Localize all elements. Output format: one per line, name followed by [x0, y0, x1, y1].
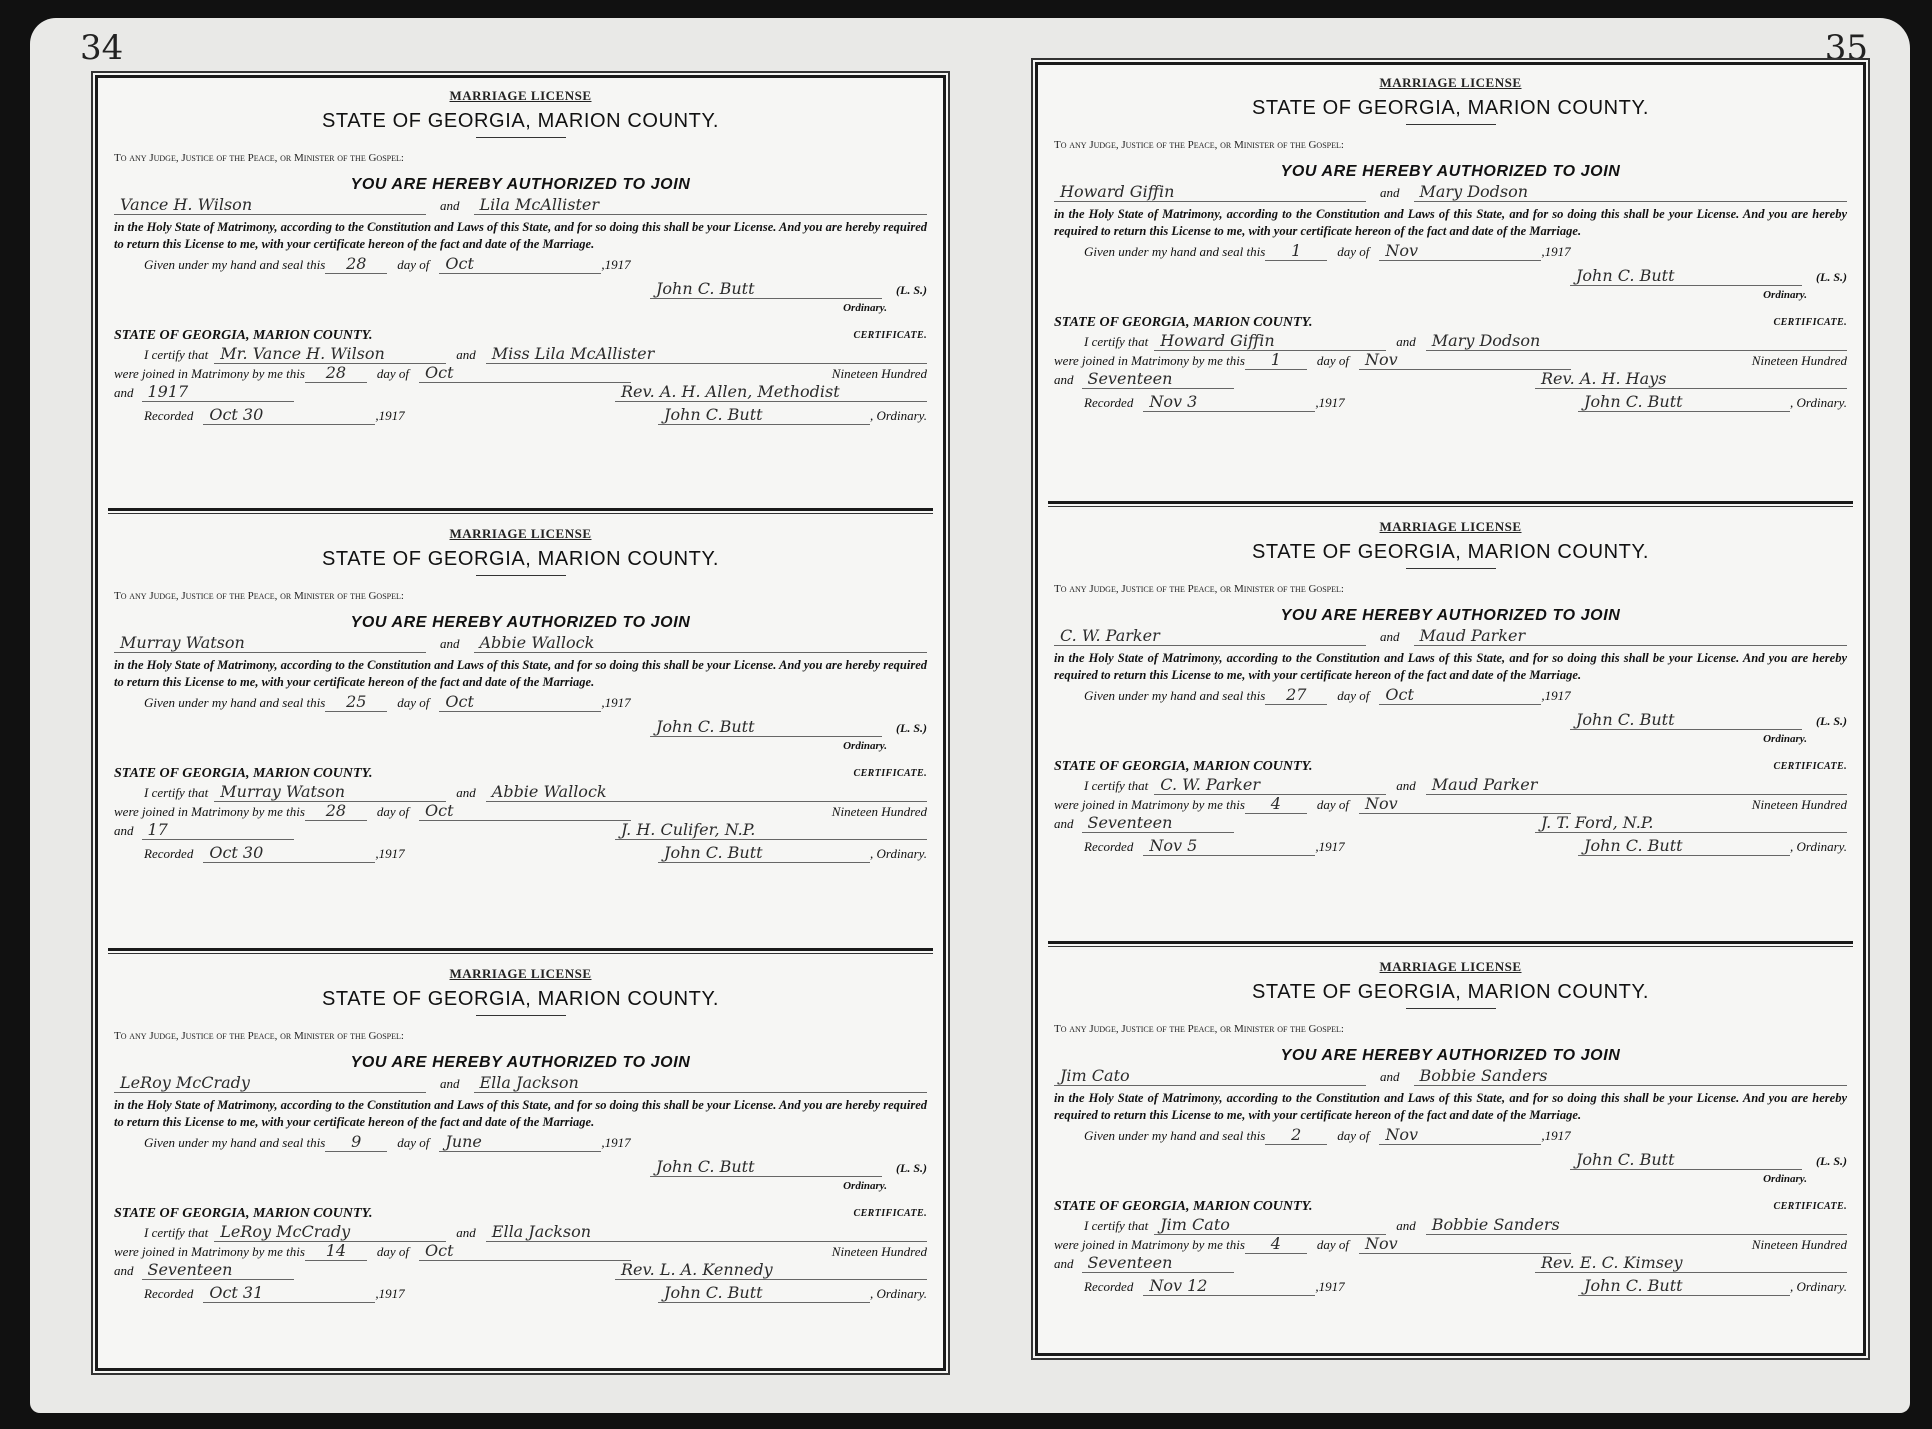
nineteen-hundred-label: Nineteen Hundred	[1752, 1236, 1847, 1254]
and-label: and	[456, 784, 476, 802]
certificate-state-heading: STATE OF GEORGIA, MARION COUNTY.	[114, 327, 373, 345]
day-of-label: day of	[377, 803, 409, 821]
divider	[1048, 941, 1853, 947]
certificate-day: 28	[305, 802, 367, 821]
joined-label: were joined in Matrimony by me this	[1054, 796, 1245, 814]
license-year: ,1917	[1541, 1127, 1570, 1145]
and-year-label: and	[1054, 371, 1074, 389]
seal-label: (L. S.)	[896, 719, 927, 737]
license-entry-4: MARRIAGE LICENSE STATE OF GEORGIA, MARIO…	[1038, 65, 1863, 500]
address-line: To any Judge, Justice of the Peace, or M…	[1054, 139, 1847, 151]
license-year: ,1917	[1541, 687, 1570, 705]
license-title: MARRIAGE LICENSE	[114, 526, 927, 542]
seal-label: (L. S.)	[1816, 712, 1847, 730]
given-label: Given under my hand and seal this	[1084, 1127, 1265, 1145]
seal-label: (L. S.)	[1816, 1152, 1847, 1170]
certificate-year: 17	[142, 821, 294, 840]
license-body-text: in the Holy State of Matrimony, accordin…	[1054, 1090, 1847, 1124]
recorded-year: ,1917	[1315, 838, 1344, 856]
ordinary-label: Ordinary.	[1763, 286, 1807, 304]
ordinary-label: Ordinary.	[843, 1177, 887, 1195]
ordinary-label: , Ordinary.	[870, 1285, 927, 1303]
address-line: To any Judge, Justice of the Peace, or M…	[114, 1030, 927, 1042]
certificate-day: 1	[1245, 351, 1307, 370]
recorded-date: Oct 30	[203, 844, 375, 863]
ordinary-signature: John C. Butt	[650, 280, 882, 299]
recorded-label: Recorded	[1084, 394, 1133, 412]
license-day: 25	[325, 693, 387, 712]
license-entry-5: MARRIAGE LICENSE STATE OF GEORGIA, MARIO…	[1038, 509, 1863, 941]
ordinary-label: Ordinary.	[843, 299, 887, 317]
certificate-bride: Maud Parker	[1426, 776, 1847, 795]
certificate-label: CERTIFICATE.	[854, 327, 927, 345]
certificate-day: 14	[305, 1242, 367, 1261]
recorded-year: ,1917	[375, 1285, 404, 1303]
ornament-rule	[476, 575, 566, 576]
groom-name: LeRoy McCrady	[114, 1074, 426, 1093]
certificate-bride: Abbie Wallock	[486, 783, 927, 802]
certificate-day: 28	[305, 364, 367, 383]
certificate-bride: Miss Lila McAllister	[486, 345, 927, 364]
day-of-label: day of	[1337, 243, 1369, 261]
nineteen-hundred-label: Nineteen Hundred	[832, 365, 927, 383]
day-of-label: day of	[397, 694, 429, 712]
certificate-day: 4	[1245, 795, 1307, 814]
and-label: and	[456, 1224, 476, 1242]
given-label: Given under my hand and seal this	[144, 1134, 325, 1152]
recorded-label: Recorded	[1084, 1278, 1133, 1296]
recorded-date: Nov 5	[1143, 837, 1315, 856]
certificate-state-heading: STATE OF GEORGIA, MARION COUNTY.	[1054, 314, 1313, 332]
officiant-signature: J. T. Ford, N.P.	[1535, 814, 1847, 833]
groom-name: Howard Giffin	[1054, 183, 1366, 202]
certificate-bride: Mary Dodson	[1426, 332, 1847, 351]
joined-label: were joined in Matrimony by me this	[1054, 1236, 1245, 1254]
and-label: and	[440, 1075, 460, 1093]
authorized-heading: YOU ARE HEREBY AUTHORIZED TO JOIN	[114, 1054, 927, 1072]
and-label: and	[456, 346, 476, 364]
ordinary-label: , Ordinary.	[1790, 1278, 1847, 1296]
ordinary-signature: John C. Butt	[650, 718, 882, 737]
ordinary-signature: John C. Butt	[650, 1158, 882, 1177]
authorized-heading: YOU ARE HEREBY AUTHORIZED TO JOIN	[1054, 607, 1847, 625]
recorded-year: ,1917	[1315, 394, 1344, 412]
recorded-label: Recorded	[144, 1285, 193, 1303]
license-year: ,1917	[601, 1134, 630, 1152]
bride-name: Maud Parker	[1414, 627, 1848, 646]
officiant-signature: Rev. L. A. Kennedy	[615, 1261, 927, 1280]
day-of-label: day of	[397, 256, 429, 274]
day-of-label: day of	[1337, 687, 1369, 705]
certificate-groom: Jim Cato	[1154, 1216, 1386, 1235]
certificate-month: Nov	[1359, 1235, 1571, 1254]
bride-name: Lila McAllister	[474, 196, 928, 215]
license-entry-2: MARRIAGE LICENSE STATE OF GEORGIA, MARIO…	[98, 516, 943, 946]
license-entry-6: MARRIAGE LICENSE STATE OF GEORGIA, MARIO…	[1038, 949, 1863, 1349]
ordinary-label: Ordinary.	[1763, 730, 1807, 748]
license-day: 27	[1265, 686, 1327, 705]
license-body-text: in the Holy State of Matrimony, accordin…	[1054, 650, 1847, 684]
license-year: ,1917	[1541, 243, 1570, 261]
certificate-year: Seventeen	[1082, 370, 1234, 389]
ordinary-label: Ordinary.	[1763, 1170, 1807, 1188]
officiant-signature: Rev. A. H. Hays	[1535, 370, 1847, 389]
given-label: Given under my hand and seal this	[144, 694, 325, 712]
divider	[108, 508, 933, 514]
seal-label: (L. S.)	[896, 1159, 927, 1177]
license-title: MARRIAGE LICENSE	[114, 966, 927, 982]
and-year-label: and	[114, 822, 134, 840]
recorded-date: Nov 12	[1143, 1277, 1315, 1296]
given-label: Given under my hand and seal this	[144, 256, 325, 274]
authorized-heading: YOU ARE HEREBY AUTHORIZED TO JOIN	[114, 614, 927, 632]
license-title: MARRIAGE LICENSE	[1054, 75, 1847, 91]
certify-label: I certify that	[1084, 1217, 1148, 1235]
nineteen-hundred-label: Nineteen Hundred	[832, 803, 927, 821]
recorded-label: Recorded	[144, 407, 193, 425]
license-month: Nov	[1379, 242, 1541, 261]
joined-label: were joined in Matrimony by me this	[114, 803, 305, 821]
given-label: Given under my hand and seal this	[1084, 687, 1265, 705]
and-year-label: and	[114, 384, 134, 402]
ordinary-label: , Ordinary.	[1790, 838, 1847, 856]
certificate-day: 4	[1245, 1235, 1307, 1254]
state-county-heading: STATE OF GEORGIA, MARION COUNTY.	[1054, 541, 1847, 564]
address-line: To any Judge, Justice of the Peace, or M…	[1054, 1023, 1847, 1035]
groom-name: Jim Cato	[1054, 1067, 1366, 1086]
recorded-signature: John C. Butt	[1578, 393, 1790, 412]
license-month: Oct	[439, 255, 601, 274]
ornament-rule	[1406, 124, 1496, 125]
license-day: 28	[325, 255, 387, 274]
and-year-label: and	[1054, 1255, 1074, 1273]
license-month: Oct	[1379, 686, 1541, 705]
certificate-bride: Bobbie Sanders	[1426, 1216, 1847, 1235]
left-page-number: 34	[80, 28, 123, 68]
license-month: June	[439, 1133, 601, 1152]
and-label: and	[1396, 777, 1416, 795]
ornament-rule	[476, 1015, 566, 1016]
and-year-label: and	[114, 1262, 134, 1280]
authorized-heading: YOU ARE HEREBY AUTHORIZED TO JOIN	[1054, 1047, 1847, 1065]
ordinary-label: Ordinary.	[843, 737, 887, 755]
bride-name: Ella Jackson	[474, 1074, 928, 1093]
joined-label: were joined in Matrimony by me this	[1054, 352, 1245, 370]
recorded-signature: John C. Butt	[658, 406, 870, 425]
given-label: Given under my hand and seal this	[1084, 243, 1265, 261]
certificate-state-heading: STATE OF GEORGIA, MARION COUNTY.	[1054, 1198, 1313, 1216]
license-title: MARRIAGE LICENSE	[1054, 519, 1847, 535]
and-label: and	[1380, 628, 1400, 646]
state-county-heading: STATE OF GEORGIA, MARION COUNTY.	[114, 548, 927, 571]
certificate-label: CERTIFICATE.	[1774, 1198, 1847, 1216]
day-of-label: day of	[1317, 352, 1349, 370]
ordinary-signature: John C. Butt	[1570, 711, 1802, 730]
certificate-state-heading: STATE OF GEORGIA, MARION COUNTY.	[114, 1205, 373, 1223]
divider	[1048, 501, 1853, 507]
license-body-text: in the Holy State of Matrimony, accordin…	[114, 657, 927, 691]
nineteen-hundred-label: Nineteen Hundred	[1752, 796, 1847, 814]
certificate-month: Nov	[1359, 351, 1571, 370]
officiant-signature: Rev. E. C. Kimsey	[1535, 1254, 1847, 1273]
and-label: and	[1380, 184, 1400, 202]
officiant-signature: J. H. Culifer, N.P.	[615, 821, 927, 840]
divider	[108, 948, 933, 954]
license-title: MARRIAGE LICENSE	[114, 88, 927, 104]
groom-name: C. W. Parker	[1054, 627, 1366, 646]
certificate-groom: C. W. Parker	[1154, 776, 1386, 795]
license-entry-1: MARRIAGE LICENSE STATE OF GEORGIA, MARIO…	[98, 78, 943, 508]
joined-label: were joined in Matrimony by me this	[114, 365, 305, 383]
certificate-label: CERTIFICATE.	[1774, 314, 1847, 332]
address-line: To any Judge, Justice of the Peace, or M…	[114, 152, 927, 164]
nineteen-hundred-label: Nineteen Hundred	[1752, 352, 1847, 370]
license-month: Nov	[1379, 1126, 1541, 1145]
certificate-month: Nov	[1359, 795, 1571, 814]
recorded-date: Nov 3	[1143, 393, 1315, 412]
certify-label: I certify that	[144, 1224, 208, 1242]
seal-label: (L. S.)	[896, 281, 927, 299]
license-entry-3: MARRIAGE LICENSE STATE OF GEORGIA, MARIO…	[98, 956, 943, 1366]
certify-label: I certify that	[144, 346, 208, 364]
state-county-heading: STATE OF GEORGIA, MARION COUNTY.	[1054, 97, 1847, 120]
and-year-label: and	[1054, 815, 1074, 833]
nineteen-hundred-label: Nineteen Hundred	[832, 1243, 927, 1261]
license-day: 9	[325, 1133, 387, 1152]
and-label: and	[1396, 1217, 1416, 1235]
recorded-year: ,1917	[375, 845, 404, 863]
and-label: and	[440, 635, 460, 653]
certify-label: I certify that	[1084, 333, 1148, 351]
certificate-year: 1917	[142, 383, 294, 402]
license-body-text: in the Holy State of Matrimony, accordin…	[114, 219, 927, 253]
certificate-year: Seventeen	[142, 1261, 294, 1280]
license-month: Oct	[439, 693, 601, 712]
certificate-label: CERTIFICATE.	[854, 765, 927, 783]
recorded-date: Oct 31	[203, 1284, 375, 1303]
seal-label: (L. S.)	[1816, 268, 1847, 286]
ornament-rule	[1406, 1008, 1496, 1009]
day-of-label: day of	[377, 1243, 409, 1261]
certificate-state-heading: STATE OF GEORGIA, MARION COUNTY.	[114, 765, 373, 783]
bride-name: Abbie Wallock	[474, 634, 928, 653]
certificate-label: CERTIFICATE.	[854, 1205, 927, 1223]
certificate-label: CERTIFICATE.	[1774, 758, 1847, 776]
certificate-year: Seventeen	[1082, 1254, 1234, 1273]
license-day: 2	[1265, 1126, 1327, 1145]
recorded-date: Oct 30	[203, 406, 375, 425]
license-body-text: in the Holy State of Matrimony, accordin…	[114, 1097, 927, 1131]
recorded-signature: John C. Butt	[658, 844, 870, 863]
bride-name: Bobbie Sanders	[1414, 1067, 1848, 1086]
ordinary-label: , Ordinary.	[870, 407, 927, 425]
recorded-signature: John C. Butt	[1578, 837, 1790, 856]
license-year: ,1917	[601, 694, 630, 712]
state-county-heading: STATE OF GEORGIA, MARION COUNTY.	[1054, 981, 1847, 1004]
certificate-groom: Murray Watson	[214, 783, 446, 802]
ornament-rule	[1406, 568, 1496, 569]
officiant-signature: Rev. A. H. Allen, Methodist	[615, 383, 927, 402]
license-title: MARRIAGE LICENSE	[1054, 959, 1847, 975]
certificate-groom: LeRoy McCrady	[214, 1223, 446, 1242]
authorized-heading: YOU ARE HEREBY AUTHORIZED TO JOIN	[114, 176, 927, 194]
address-line: To any Judge, Justice of the Peace, or M…	[114, 590, 927, 602]
recorded-label: Recorded	[1084, 838, 1133, 856]
state-county-heading: STATE OF GEORGIA, MARION COUNTY.	[114, 988, 927, 1011]
address-line: To any Judge, Justice of the Peace, or M…	[1054, 583, 1847, 595]
left-page: MARRIAGE LICENSE STATE OF GEORGIA, MARIO…	[95, 75, 946, 1371]
ordinary-label: , Ordinary.	[1790, 394, 1847, 412]
state-county-heading: STATE OF GEORGIA, MARION COUNTY.	[114, 110, 927, 133]
certificate-year: Seventeen	[1082, 814, 1234, 833]
and-label: and	[1380, 1068, 1400, 1086]
certificate-groom: Mr. Vance H. Wilson	[214, 345, 446, 364]
recorded-year: ,1917	[375, 407, 404, 425]
certificate-month: Oct	[419, 802, 631, 821]
recorded-year: ,1917	[1315, 1278, 1344, 1296]
certificate-state-heading: STATE OF GEORGIA, MARION COUNTY.	[1054, 758, 1313, 776]
license-year: ,1917	[601, 256, 630, 274]
certify-label: I certify that	[1084, 777, 1148, 795]
day-of-label: day of	[377, 365, 409, 383]
day-of-label: day of	[1317, 1236, 1349, 1254]
day-of-label: day of	[1317, 796, 1349, 814]
groom-name: Murray Watson	[114, 634, 426, 653]
ordinary-label: , Ordinary.	[870, 845, 927, 863]
recorded-signature: John C. Butt	[658, 1284, 870, 1303]
recorded-signature: John C. Butt	[1578, 1277, 1790, 1296]
bride-name: Mary Dodson	[1414, 183, 1848, 202]
license-day: 1	[1265, 242, 1327, 261]
license-body-text: in the Holy State of Matrimony, accordin…	[1054, 206, 1847, 240]
groom-name: Vance H. Wilson	[114, 196, 426, 215]
joined-label: were joined in Matrimony by me this	[114, 1243, 305, 1261]
right-page: MARRIAGE LICENSE STATE OF GEORGIA, MARIO…	[1035, 62, 1866, 1356]
and-label: and	[440, 197, 460, 215]
certificate-bride: Ella Jackson	[486, 1223, 927, 1242]
and-label: and	[1396, 333, 1416, 351]
certificate-groom: Howard Giffin	[1154, 332, 1386, 351]
ornament-rule	[476, 137, 566, 138]
certificate-month: Oct	[419, 364, 631, 383]
day-of-label: day of	[1337, 1127, 1369, 1145]
ordinary-signature: John C. Butt	[1570, 1151, 1802, 1170]
ordinary-signature: John C. Butt	[1570, 267, 1802, 286]
authorized-heading: YOU ARE HEREBY AUTHORIZED TO JOIN	[1054, 163, 1847, 181]
recorded-label: Recorded	[144, 845, 193, 863]
certificate-month: Oct	[419, 1242, 631, 1261]
day-of-label: day of	[397, 1134, 429, 1152]
certify-label: I certify that	[144, 784, 208, 802]
